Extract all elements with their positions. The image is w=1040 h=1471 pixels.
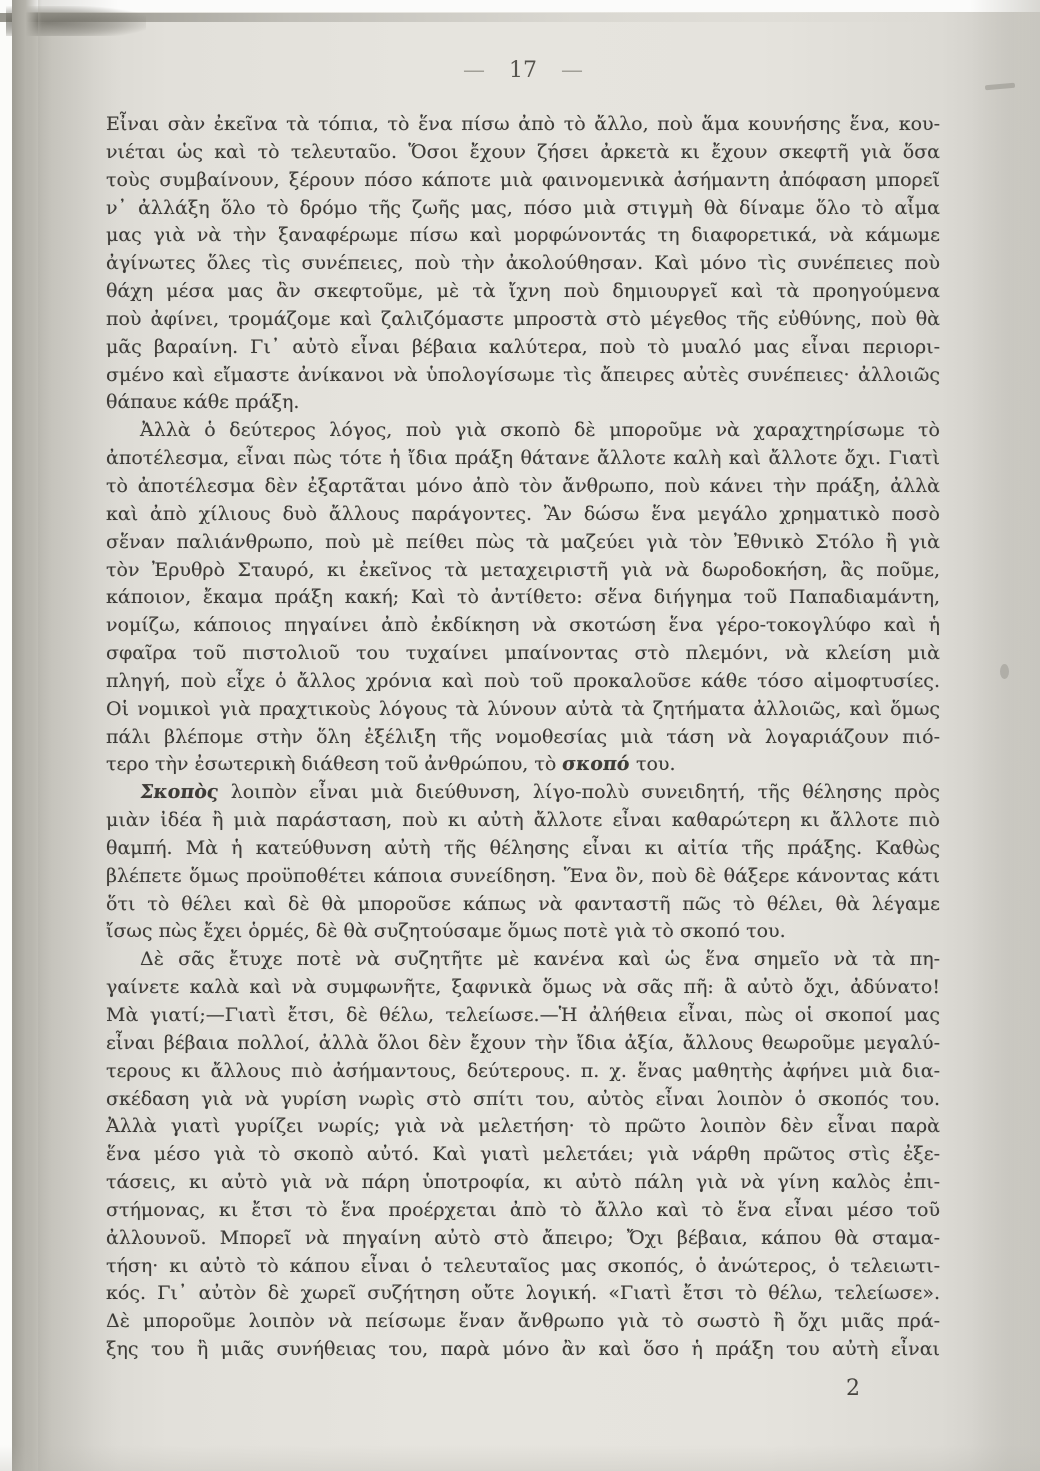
text-line: ὅτι τὸ θέλει καὶ δὲ θὰ μποροῦσε κάπως νὰ… bbox=[106, 891, 940, 919]
text-segment: πληγή, ποὺ εἶχε ὁ ἄλλος χρόνια καὶ ποὺ τ… bbox=[106, 670, 940, 692]
text-segment: μᾶς βαραίνη. Γι᾽ αὐτὸ εἶναι βέβαια καλύτ… bbox=[106, 336, 940, 358]
text-line: νιέται ὡς καὶ τὸ τελευταῦο. Ὅσοι ἔχουν ζ… bbox=[106, 139, 940, 167]
text-line: γαίνετε καλὰ καὶ νὰ συμφωνῆτε, ξαφνικὰ ὅ… bbox=[106, 974, 940, 1002]
text-segment: τερο τὴν ἐσωτερικὴ διάθεση τοῦ ἀνθρώπου,… bbox=[106, 753, 562, 775]
text-line: Ἀλλὰ ὁ δεύτερος λόγος, ποὺ γιὰ σκοπὸ δὲ … bbox=[106, 417, 940, 445]
text-segment: γαίνετε καλὰ καὶ νὰ συμφωνῆτε, ξαφνικὰ ὅ… bbox=[106, 976, 940, 998]
text-segment: ἀποτέλεσμα, εἶναι πὼς τότε ἡ ἴδια πράξη … bbox=[106, 447, 940, 469]
signature-number: 2 bbox=[846, 1376, 860, 1401]
text-line: τήση· κι αὐτὸ τὸ κάπου εἶναι ὁ τελευταῖο… bbox=[106, 1253, 940, 1281]
text-segment: σφαῖρα τοῦ πιστολιοῦ του τυχαίνει μπαίνο… bbox=[106, 642, 940, 664]
text-line: ἀγίνωτες ὅλες τὶς συνέπειες, ποὺ τὴν ἀκο… bbox=[106, 250, 940, 278]
scan-mark-speck bbox=[1000, 664, 1009, 679]
text-line: θαμπή. Μὰ ἡ κατεύθυνση αὐτὴ τῆς θέλησης … bbox=[106, 835, 940, 863]
text-segment: ποὺ ἀφίνει, τρομάζομε καὶ ζαλιζόμαστε μπ… bbox=[106, 308, 940, 330]
text-segment: του. bbox=[630, 753, 676, 775]
text-segment: τὸ ἀποτέλεσμα δὲν ἐξαρτᾶται μόνο ἀπὸ τὸν… bbox=[106, 475, 940, 497]
text-line: μᾶς βαραίνη. Γι᾽ αὐτὸ εἶναι βέβαια καλύτ… bbox=[106, 334, 940, 362]
text-line: Δὲ μποροῦμε λοιπὸν νὰ πείσωμε ἕναν ἄνθρω… bbox=[106, 1308, 940, 1336]
text-segment: ἕνα μέσο γιὰ τὸ σκοπὸ αὐτό. Καὶ γιατὶ με… bbox=[106, 1143, 940, 1165]
text-segment: στήμονας, κι ἔτσι τὸ ἕνα προέρχεται ἀπὸ … bbox=[106, 1199, 940, 1221]
text-segment: νιέται ὡς καὶ τὸ τελευταῦο. Ὅσοι ἔχουν ζ… bbox=[106, 141, 940, 163]
page-number-dash-left: — bbox=[463, 58, 485, 83]
page-number-dash-right: — bbox=[561, 58, 583, 83]
text-line: τὸ ἀποτέλεσμα δὲν ἐξαρτᾶται μόνο ἀπὸ τὸν… bbox=[106, 473, 940, 501]
text-segment: ἀλλουνοῦ. Μπορεῖ νὰ πηγαίνη αὐτὸ στὸ ἄπε… bbox=[106, 1227, 940, 1249]
text-segment: θάπαυε κάθε πράξη. bbox=[106, 391, 299, 413]
text-line: ξης του ἢ μιᾶς συνήθειας του, παρὰ μόνο … bbox=[106, 1336, 940, 1364]
scan-shadow-right bbox=[970, 0, 1040, 1471]
text-segment: Δὲ μποροῦμε λοιπὸν νὰ πείσωμε ἕναν ἄνθρω… bbox=[106, 1310, 940, 1332]
text-line: τὸν Ἐρυθρὸ Σταυρό, κι ἐκεῖνος τὰ μεταχει… bbox=[106, 557, 940, 585]
text-line: ἴσως πὼς ἔχει ὁρμές, δὲ θὰ συζητούσαμε ὅ… bbox=[106, 918, 940, 946]
text-line: σκέδαση γιὰ νὰ γυρίση νωρὶς στὸ σπίτι το… bbox=[106, 1086, 940, 1114]
text-segment: κός. Γι᾽ αὐτὸν δὲ χωρεῖ συζήτηση οὔτε λο… bbox=[106, 1282, 940, 1304]
text-segment: καὶ ἀπὸ χίλιους δυὸ ἄλλους παράγοντες. Ἂ… bbox=[106, 503, 940, 525]
text-segment: σμένο καὶ εἴμαστε ἀνίκανοι νὰ ὑπολογίσωμ… bbox=[106, 364, 940, 386]
text-segment: νομίζω, κάποιος πηγαίνει ἀπὸ ἐκδίκηση νὰ… bbox=[106, 614, 940, 636]
text-line: Μὰ γιατί;—Γιατὶ ἔτσι, δὲ θέλω, τελείωσε.… bbox=[106, 1002, 940, 1030]
text-segment: Δὲ σᾶς ἔτυχε ποτὲ νὰ συζητῆτε μὲ κανένα … bbox=[140, 948, 940, 970]
text-line: ν᾽ ἀλλάξη ὅλο τὸ δρόμο τῆς ζωῆς μας, πόσ… bbox=[106, 195, 940, 223]
text-line: πάλι βλέπομε στὴν ὅλη ἐξέλιξη τῆς νομοθε… bbox=[106, 724, 940, 752]
text-line: εἶναι βέβαια πολλοί, ἀλλὰ ὅλοι δὲν ἔχουν… bbox=[106, 1030, 940, 1058]
text-segment: Ἀλλὰ ὁ δεύτερος λόγος, ποὺ γιὰ σκοπὸ δὲ … bbox=[140, 419, 940, 441]
text-segment: τήση· κι αὐτὸ τὸ κάπου εἶναι ὁ τελευταῖο… bbox=[106, 1255, 940, 1277]
text-line: Ἀλλὰ γιατὶ γυρίζει νωρίς; γιὰ νὰ μελετήσ… bbox=[106, 1113, 940, 1141]
text-block: Εἶναι σὰν ἐκεῖνα τὰ τόπια, τὸ ἕνα πίσω ἀ… bbox=[106, 111, 940, 1364]
text-line: Εἶναι σὰν ἐκεῖνα τὰ τόπια, τὸ ἕνα πίσω ἀ… bbox=[106, 111, 940, 139]
text-line: βλέπετε ὅμως προϋποθέτει κάποια συνείδησ… bbox=[106, 863, 940, 891]
text-line: ποὺ ἀφίνει, τρομάζομε καὶ ζαλιζόμαστε μπ… bbox=[106, 306, 940, 334]
text-segment: πάλι βλέπομε στὴν ὅλη ἐξέλιξη τῆς νομοθε… bbox=[106, 726, 940, 748]
text-line: κός. Γι᾽ αὐτὸν δὲ χωρεῖ συζήτηση οὔτε λο… bbox=[106, 1280, 940, 1308]
text-segment: λοιπὸν εἶναι μιὰ διεύθυνση, λίγο-πολὺ συ… bbox=[219, 781, 941, 803]
text-segment: τὸν Ἐρυθρὸ Σταυρό, κι ἐκεῖνος τὰ μεταχει… bbox=[106, 559, 940, 581]
text-segment: θάχη μέσα μας ἂν σκεφτοῦμε, μὲ τὰ ἴχνη π… bbox=[106, 280, 940, 302]
text-line: θάχη μέσα μας ἂν σκεφτοῦμε, μὲ τὰ ἴχνη π… bbox=[106, 278, 940, 306]
text-segment: Ἀλλὰ γιατὶ γυρίζει νωρίς; γιὰ νὰ μελετήσ… bbox=[106, 1115, 940, 1137]
page-number: —17— bbox=[106, 58, 940, 83]
text-line: μας γιὰ νὰ τὴν ξαναφέρωμε πίσω καὶ μορφώ… bbox=[106, 222, 940, 250]
text-line: τοὺς συμβαίνουν, ξέρουν πόσο κάποτε μιὰ … bbox=[106, 167, 940, 195]
text-segment: Εἶναι σὰν ἐκεῖνα τὰ τόπια, τὸ ἕνα πίσω ἀ… bbox=[106, 113, 940, 135]
text-segment: θαμπή. Μὰ ἡ κατεύθυνση αὐτὴ τῆς θέλησης … bbox=[106, 837, 940, 859]
text-line: Δὲ σᾶς ἔτυχε ποτὲ νὰ συζητῆτε μὲ κανένα … bbox=[106, 946, 940, 974]
text-line: στήμονας, κι ἔτσι τὸ ἕνα προέρχεται ἀπὸ … bbox=[106, 1197, 940, 1225]
text-line: πληγή, ποὺ εἶχε ὁ ἄλλος χρόνια καὶ ποὺ τ… bbox=[106, 668, 940, 696]
text-line: νομίζω, κάποιος πηγαίνει ἀπὸ ἐκδίκηση νὰ… bbox=[106, 612, 940, 640]
text-line: καὶ ἀπὸ χίλιους δυὸ ἄλλους παράγοντες. Ἂ… bbox=[106, 501, 940, 529]
text-segment: σκέδαση γιὰ νὰ γυρίση νωρὶς στὸ σπίτι το… bbox=[106, 1088, 940, 1110]
text-line: σφαῖρα τοῦ πιστολιοῦ του τυχαίνει μπαίνο… bbox=[106, 640, 940, 668]
text-line: ἀλλουνοῦ. Μπορεῖ νὰ πηγαίνη αὐτὸ στὸ ἄπε… bbox=[106, 1225, 940, 1253]
bold-term: σκοπό bbox=[561, 751, 631, 779]
text-segment: ὅτι τὸ θέλει καὶ δὲ θὰ μποροῦσε κάπως νὰ… bbox=[106, 893, 940, 915]
text-segment: ἀγίνωτες ὅλες τὶς συνέπειες, ποὺ τὴν ἀκο… bbox=[106, 252, 940, 274]
text-line: σἕναν παλιάνθρωπο, ποὺ μὲ πείθει πὼς τὰ … bbox=[106, 529, 940, 557]
text-line: ἀποτέλεσμα, εἶναι πὼς τότε ἡ ἴδια πράξη … bbox=[106, 445, 940, 473]
text-line: τερο τὴν ἐσωτερικὴ διάθεση τοῦ ἀνθρώπου,… bbox=[106, 751, 940, 779]
text-line: τάσεις, κι αὐτὸ γιὰ νὰ πάρη ὑποτροφία, κ… bbox=[106, 1169, 940, 1197]
text-segment: μας γιὰ νὰ τὴν ξαναφέρωμε πίσω καὶ μορφώ… bbox=[106, 224, 940, 246]
text-line: σμένο καὶ εἴμαστε ἀνίκανοι νὰ ὑπολογίσωμ… bbox=[106, 362, 940, 390]
text-segment: Οἱ νομικοὶ γιὰ πραχτικοὺς λόγους τὰ λύνο… bbox=[106, 698, 940, 720]
text-segment: σἕναν παλιάνθρωπο, ποὺ μὲ πείθει πὼς τὰ … bbox=[106, 531, 940, 553]
text-line: θάπαυε κάθε πράξη. bbox=[106, 389, 940, 417]
text-segment: ἴσως πὼς ἔχει ὁρμές, δὲ θὰ συζητούσαμε ὅ… bbox=[106, 920, 786, 942]
text-line: κάποιον, ἔκαμα πράξη κακή; Καὶ τὸ ἀντίθε… bbox=[106, 584, 940, 612]
scan-edge-top bbox=[0, 0, 1040, 12]
text-segment: τοὺς συμβαίνουν, ξέρουν πόσο κάποτε μιὰ … bbox=[106, 169, 940, 191]
text-segment: Μὰ γιατί;—Γιατὶ ἔτσι, δὲ θέλω, τελείωσε.… bbox=[106, 1004, 940, 1026]
scan-shadow-bottom bbox=[0, 1445, 1040, 1471]
bold-term: Σκοπὸς bbox=[139, 779, 220, 807]
text-line: τερους κι ἄλλους πιὸ ἀσήμαντους, δεύτερο… bbox=[106, 1058, 940, 1086]
text-segment: μιὰν ἰδέα ἢ μιὰ παράσταση, ποὺ κι αὐτὴ ἄ… bbox=[106, 809, 940, 831]
text-segment: ξης του ἢ μιᾶς συνήθειας του, παρὰ μόνο … bbox=[106, 1338, 940, 1360]
text-line: Σκοπὸς λοιπὸν εἶναι μιὰ διεύθυνση, λίγο-… bbox=[106, 779, 940, 807]
text-line: μιὰν ἰδέα ἢ μιὰ παράσταση, ποὺ κι αὐτὴ ἄ… bbox=[106, 807, 940, 835]
text-line: Οἱ νομικοὶ γιὰ πραχτικοὺς λόγους τὰ λύνο… bbox=[106, 696, 940, 724]
page-number-value: 17 bbox=[509, 58, 537, 83]
scan-shadow-top bbox=[0, 13, 1040, 22]
text-segment: βλέπετε ὅμως προϋποθέτει κάποια συνείδησ… bbox=[106, 865, 940, 887]
text-segment: κάποιον, ἔκαμα πράξη κακή; Καὶ τὸ ἀντίθε… bbox=[106, 586, 940, 608]
text-line: ἕνα μέσο γιὰ τὸ σκοπὸ αὐτό. Καὶ γιατὶ με… bbox=[106, 1141, 940, 1169]
text-segment: τάσεις, κι αὐτὸ γιὰ νὰ πάρη ὑποτροφία, κ… bbox=[106, 1171, 940, 1193]
text-segment: εἶναι βέβαια πολλοί, ἀλλὰ ὅλοι δὲν ἔχουν… bbox=[106, 1032, 940, 1054]
text-segment: ν᾽ ἀλλάξη ὅλο τὸ δρόμο τῆς ζωῆς μας, πόσ… bbox=[106, 197, 940, 219]
text-segment: τερους κι ἄλλους πιὸ ἀσήμαντους, δεύτερο… bbox=[106, 1060, 940, 1082]
